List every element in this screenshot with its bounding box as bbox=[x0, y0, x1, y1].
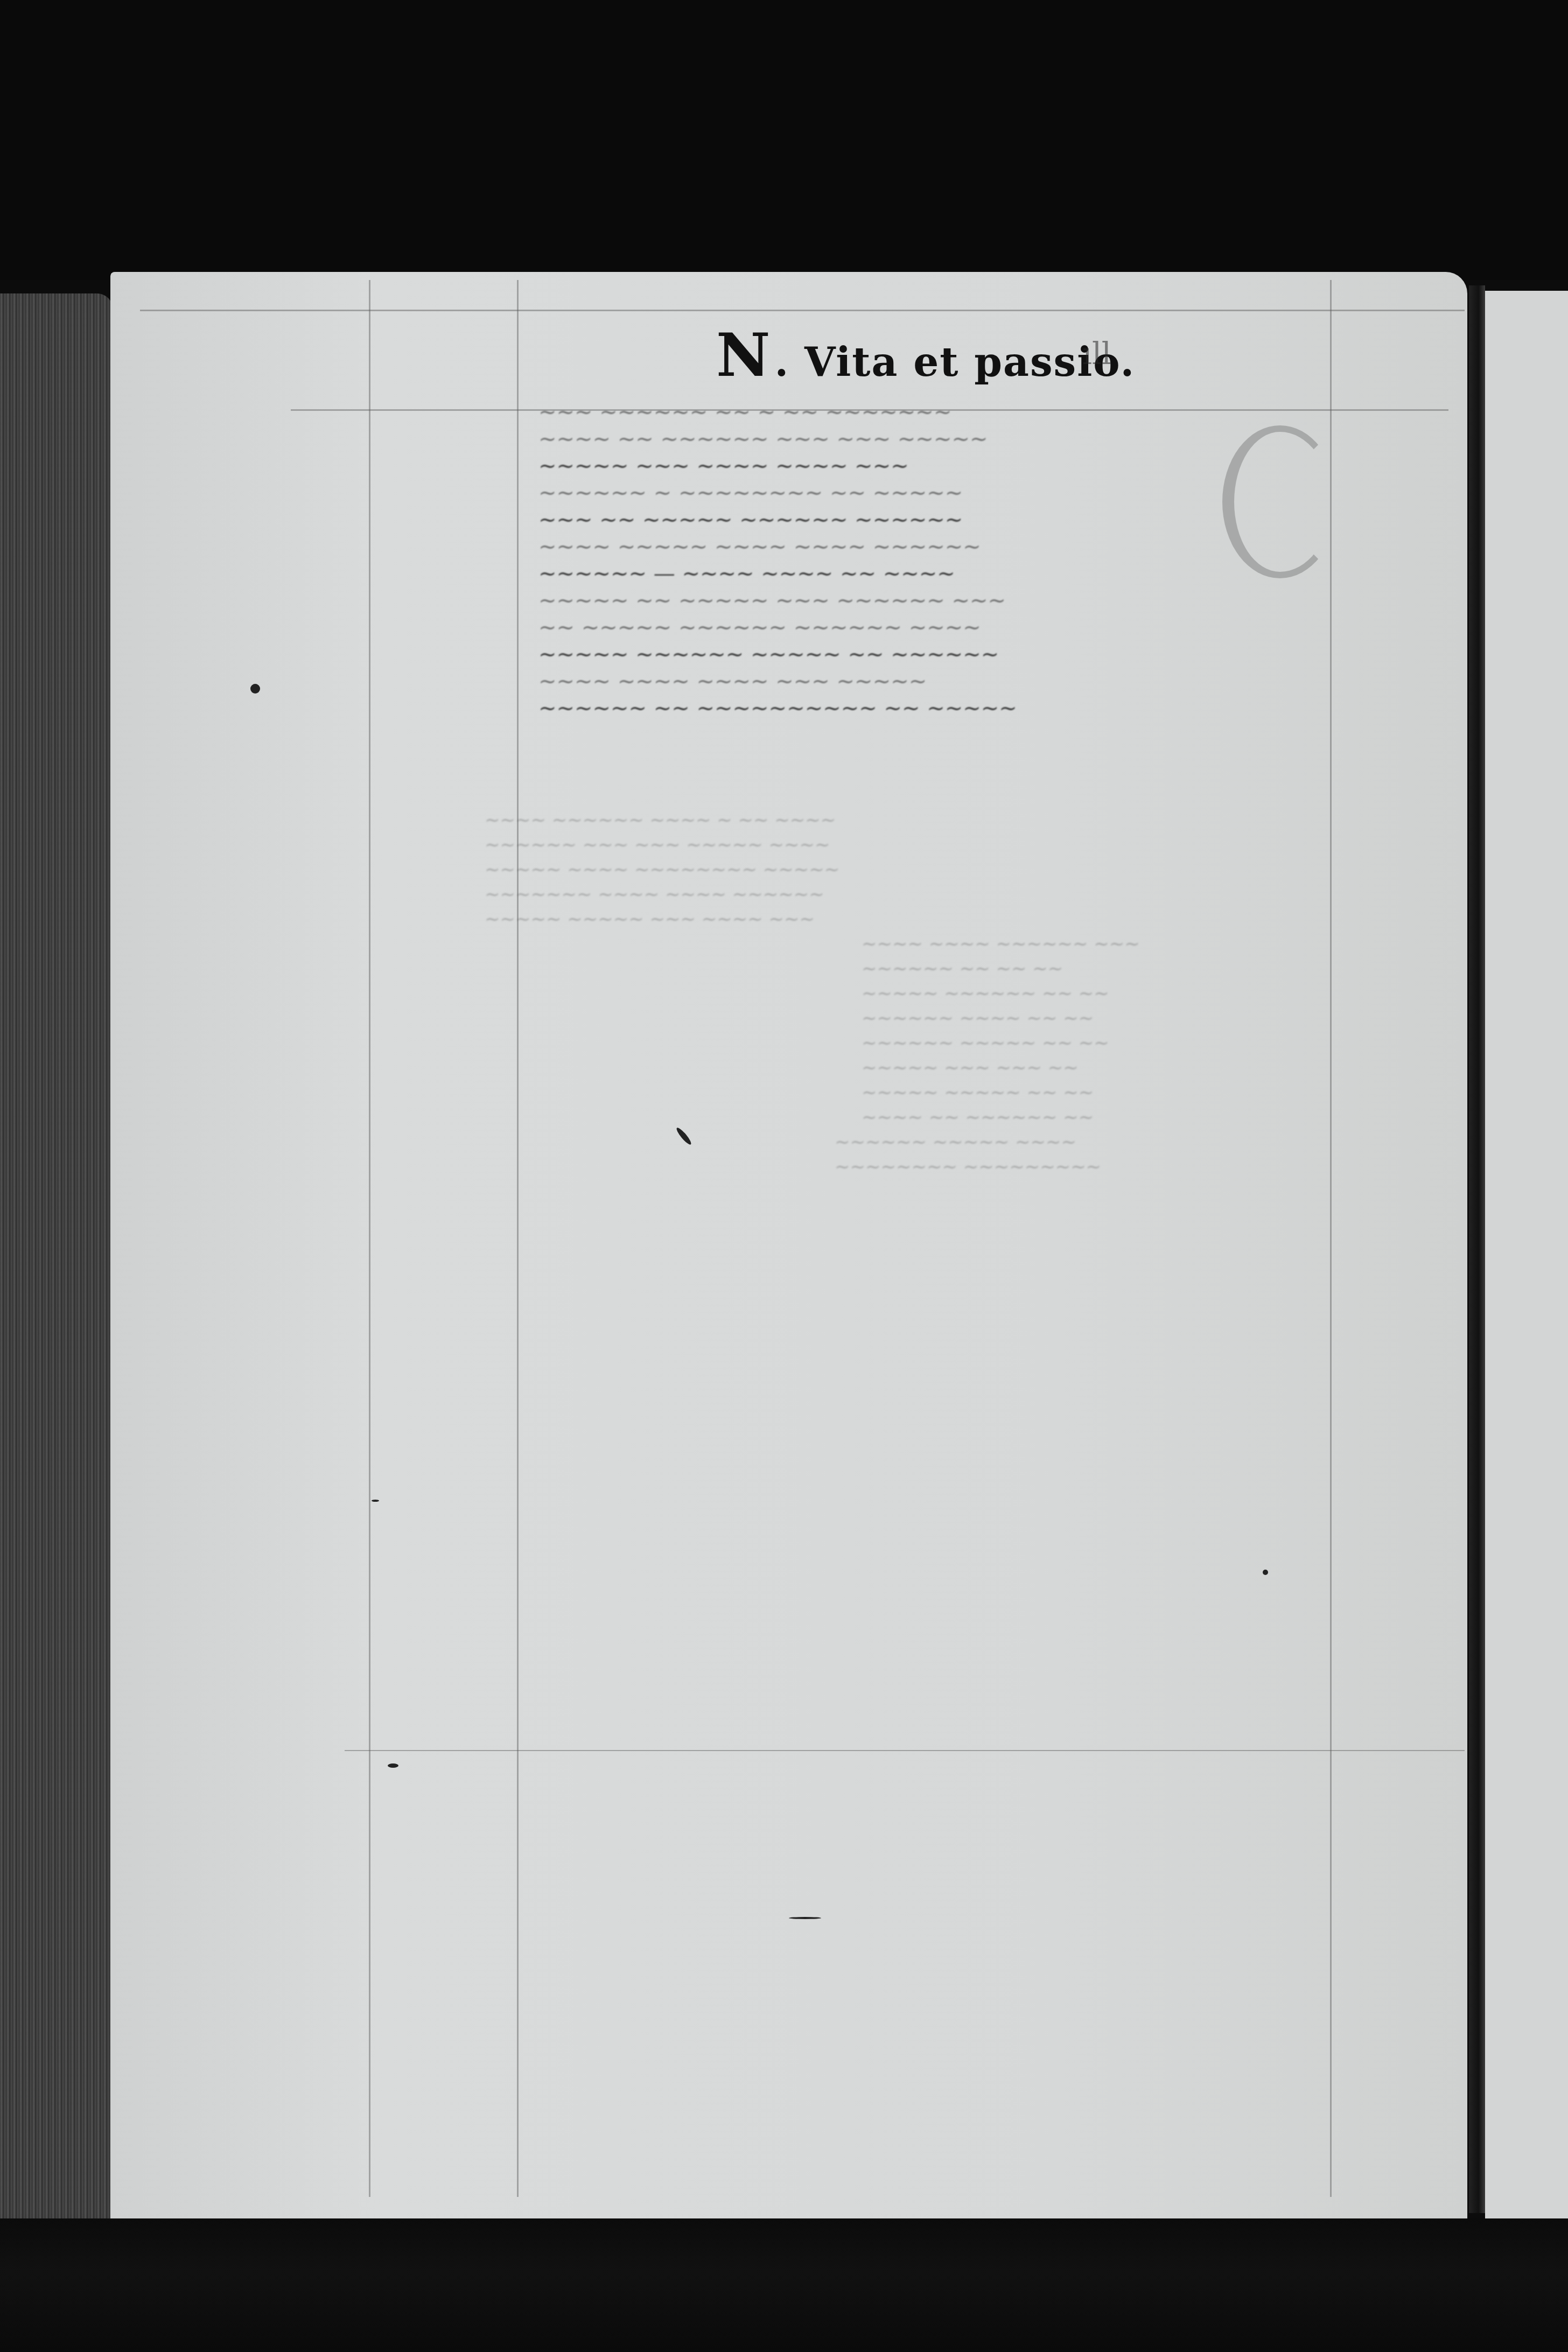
ink-speck bbox=[250, 684, 260, 694]
running-head: N. Vita et passio. bbox=[716, 320, 1135, 380]
bleed-line: ~~~~~ ~~~~~ ~~~ ~~~~ ~~~ bbox=[485, 907, 1346, 932]
bleed-line: ~~~~~~~ ~~~~ ~~~~ ~~~~~~ bbox=[485, 882, 1346, 907]
annotation-line: ~~~~ ~~~~~ ~~~~ ~~~~ ~~~~~~ bbox=[538, 533, 1346, 560]
manuscript-annotations: ~~~ ~~~~~~ ~~ ~ ~~ ~~~~~~~ ~~~~ ~~ ~~~~~… bbox=[538, 398, 1346, 722]
annotation-line: ~~~~~~ — ~~~~ ~~~~ ~~ ~~~~ bbox=[538, 560, 1346, 587]
annotation-line: ~~~ ~~ ~~~~~ ~~~~~~ ~~~~~~ bbox=[538, 506, 1346, 533]
background-top bbox=[0, 0, 1568, 280]
bleed-line: ~~~~~~ ~~~~ ~~ ~~ bbox=[862, 1006, 1346, 1031]
ruling-line-top bbox=[140, 310, 1465, 311]
bleed-line: ~~~~ ~~~~ ~~~~~~ ~~~ bbox=[862, 932, 1346, 956]
bleed-line: ~~~~~ ~~~ ~~~ ~~ bbox=[862, 1055, 1346, 1080]
bleed-line: ~~~~~ ~~~~~ ~~ ~~ bbox=[862, 1080, 1346, 1105]
annotation-line: ~~~ ~~~~~~ ~~ ~ ~~ ~~~~~~~ bbox=[538, 398, 1346, 425]
ink-speck bbox=[789, 1917, 821, 1919]
bleed-line: ~~~~ ~~ ~~~~~~ ~~ bbox=[862, 1105, 1346, 1130]
annotation-line: ~~~~~ ~~~~~~ ~~~~~ ~~ ~~~~~~ bbox=[538, 641, 1346, 668]
annotation-line: ~~~~ ~~ ~~~~~~ ~~~ ~~~ ~~~~~ bbox=[538, 425, 1346, 452]
running-head-text: . Vita et passio. bbox=[775, 339, 1136, 386]
bleed-through-text: ~~~~ ~~~~~~ ~~~~ ~ ~~ ~~~~ ~~~~~~ ~~~ ~~… bbox=[485, 808, 1346, 1179]
book-fore-edge bbox=[0, 293, 113, 2227]
bleed-line: ~~~~~~ ~~~~~ ~~ ~~ bbox=[862, 1031, 1346, 1055]
bleed-line: ~~~~~~ ~~~ ~~~ ~~~~~ ~~~~ bbox=[485, 832, 1346, 857]
bleed-line: ~~~~~~~~ ~~~~~~~~~ bbox=[835, 1154, 1346, 1179]
annotation-line: ~~~~~~ ~~ ~~~~~~~~~~ ~~ ~~~~~ bbox=[538, 695, 1346, 722]
ink-speck bbox=[1263, 1570, 1268, 1575]
ink-speck bbox=[372, 1500, 379, 1502]
bleed-line: ~~~~~ ~~~~ ~~~~~~~~ ~~~~~ bbox=[485, 857, 1346, 882]
bleed-line: ~~~~ ~~~~~~ ~~~~ ~ ~~ ~~~~ bbox=[485, 808, 1346, 832]
faint-folio-mark: ıll bbox=[1082, 337, 1111, 372]
bleed-line: ~~~~~~ ~~~~~ ~~~~ bbox=[835, 1130, 1346, 1154]
annotation-line: ~~~~ ~~~~ ~~~~ ~~~ ~~~~~ bbox=[538, 668, 1346, 695]
bleed-line: ~~~~~ ~~~~~~ ~~ ~~ bbox=[862, 981, 1346, 1006]
annotation-line: ~~~~~~ ~ ~~~~~~~~ ~~ ~~~~~ bbox=[538, 479, 1346, 506]
ink-speck bbox=[388, 1763, 398, 1768]
bleed-line: ~~~~~~ ~~ ~~ ~~ bbox=[862, 956, 1346, 981]
annotation-line: ~~ ~~~~~ ~~~~~~ ~~~~~~ ~~~~ bbox=[538, 614, 1346, 641]
ruling-line-vertical-1 bbox=[369, 280, 370, 2197]
running-head-initial: N bbox=[716, 320, 772, 390]
facing-page-edge bbox=[1485, 291, 1568, 2224]
annotation-line: ~~~~~ ~~ ~~~~~ ~~~ ~~~~~~ ~~~ bbox=[538, 587, 1346, 614]
ruling-line-lower bbox=[345, 1750, 1465, 1751]
ruling-line-vertical-2 bbox=[517, 280, 519, 2197]
book-gutter bbox=[1469, 285, 1485, 2213]
annotation-line: ~~~~~ ~~~ ~~~~ ~~~~ ~~~ bbox=[538, 452, 1346, 479]
background-bottom bbox=[0, 2218, 1568, 2352]
